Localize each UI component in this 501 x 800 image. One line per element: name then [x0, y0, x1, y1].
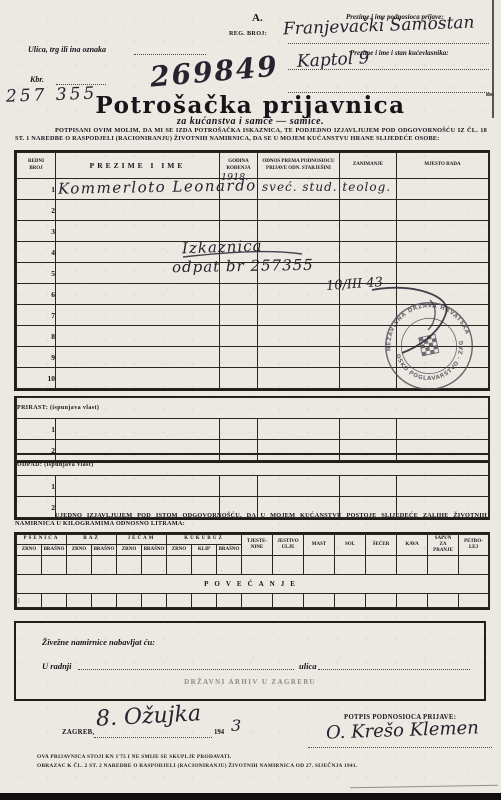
- reg-broj-label: REG. BROJ:: [229, 30, 267, 37]
- col-psenica: PŠENICA: [17, 535, 67, 545]
- scan-scratch-line: [350, 785, 498, 789]
- cell: [340, 221, 397, 242]
- row-number: 3: [17, 221, 56, 242]
- col-tjestenine: TJESTE- NINE: [242, 535, 273, 556]
- archive-stamp-text: DRŽAVNI ARHIV U ZAGREBU: [16, 678, 484, 686]
- member-occupation-handwritten: sveć. stud. teolog.: [262, 181, 391, 193]
- supplies-table: PŠENICA RAŽ JEČAM KUKURUZ TJESTE- NINE J…: [16, 534, 489, 608]
- col-mast: MAST: [304, 535, 335, 556]
- member-birth-year-handwritten: 1918.: [221, 173, 248, 183]
- sub-zrno: ZRNO: [67, 545, 92, 556]
- cell: [92, 594, 117, 608]
- col-raz: RAŽ: [67, 535, 117, 545]
- prirast-label: PRIRAST:: [17, 405, 48, 411]
- cell: [258, 200, 340, 221]
- row-number: 4: [17, 242, 56, 263]
- prirast-band: PRIRAST: (ispunjava vlast): [17, 398, 489, 419]
- col-odnos: ODNOS PREMA PODNOSIOCU PRIJAVE ODN. STAR…: [258, 153, 340, 179]
- prirast-table: PRIRAST: (ispunjava vlast) 1 2: [16, 397, 489, 461]
- cell: [220, 476, 258, 497]
- cell: [459, 594, 489, 608]
- cell: [242, 594, 273, 608]
- odpad-label: ODPAD:: [17, 462, 42, 468]
- cell: [258, 368, 340, 389]
- sub-klip: KLIP: [192, 545, 217, 556]
- cell: [42, 556, 67, 575]
- cell: [273, 556, 304, 575]
- supplies-intro-paragraph: UJEDNO IZJAVLJUJEM POD ISTOM ODGOVORNOŠĆ…: [15, 512, 487, 528]
- povecanje-band-row: POVEĆANJE: [17, 575, 489, 594]
- form-subtitle: za kućanstva i samce — samice.: [0, 116, 501, 127]
- cell: [192, 556, 217, 575]
- col-jecam: JEČAM: [117, 535, 167, 545]
- cell: [397, 594, 428, 608]
- cell: [340, 476, 397, 497]
- sub-brasno: BRAŠNO: [217, 545, 242, 556]
- sub-brasno: BRAŠNO: [142, 545, 167, 556]
- footnote-2: OBRAZAC K ČL. 2 ST. 2 NAREDBE O RASPODJE…: [37, 763, 477, 769]
- cell: [220, 200, 258, 221]
- official-round-stamp: NEZAVISNA DRŽAVA HRVATSKA GRADSKO POGLAV…: [374, 291, 483, 400]
- section-letter: A.: [252, 12, 263, 24]
- row-number: 6: [17, 284, 56, 305]
- scan-mark-right: [486, 93, 494, 96]
- cell: [242, 556, 273, 575]
- annotation-date: 10/III 43: [326, 276, 384, 293]
- prirast-note: (ispunjava vlast): [50, 405, 99, 411]
- cell: [117, 556, 142, 575]
- cell: [366, 594, 397, 608]
- row-number: 7: [17, 305, 56, 326]
- prirast-band-row: PRIRAST: (ispunjava vlast): [17, 398, 489, 419]
- row-number: 1: [17, 419, 56, 440]
- cell: [92, 556, 117, 575]
- cell: [258, 305, 340, 326]
- cell: [142, 594, 167, 608]
- cell: [117, 594, 142, 608]
- col-zanimanje: ZANIMANJE: [340, 153, 397, 179]
- col-jestivo-ulje: JESTIVO ULJE: [273, 535, 304, 556]
- cell: [56, 368, 220, 389]
- row-number: 1: [17, 476, 56, 497]
- col-petrolej: PETRO- LEJ: [459, 535, 489, 556]
- cell: [56, 200, 220, 221]
- street-label: Ulica, trg ili ina oznaka: [28, 45, 106, 54]
- col-kukuruz: KUKURUZ: [167, 535, 242, 545]
- sub-zrno: ZRNO: [117, 545, 142, 556]
- cell: [366, 556, 397, 575]
- year-handwritten: 3: [231, 718, 241, 734]
- odpad-band: ODPAD: (ispunjava vlast): [17, 455, 489, 476]
- cell: [397, 263, 489, 284]
- shop-line: [78, 659, 294, 670]
- cell: [397, 556, 428, 575]
- extra-dotted-line: [288, 72, 489, 93]
- member-row: 2: [17, 200, 489, 221]
- sub-brasno: BRAŠNO: [42, 545, 67, 556]
- cell: [167, 594, 192, 608]
- cell: [42, 594, 67, 608]
- odpad-table: ODPAD: (ispunjava vlast) 1 2: [16, 454, 489, 518]
- cell: [397, 179, 489, 200]
- col-redni-broj: REDNI BROJ: [17, 153, 56, 179]
- cell: [217, 556, 242, 575]
- ulica-line: [318, 659, 470, 670]
- annotation-iskaznica: Izkaznica: [182, 239, 263, 257]
- annotation-odpat: odpat br 257355: [172, 258, 314, 275]
- povecanje-band: POVEĆANJE: [17, 575, 489, 594]
- row-number: 1: [17, 179, 56, 200]
- odpad-section: ODPAD: (ispunjava vlast) 1 2: [14, 453, 490, 520]
- cell: [397, 242, 489, 263]
- cell: [56, 326, 220, 347]
- row-number: 5: [17, 263, 56, 284]
- coat-of-arms-shield-icon: [419, 334, 439, 355]
- cell: [340, 242, 397, 263]
- cell: [273, 594, 304, 608]
- card-number-handwritten: 269849: [149, 52, 280, 91]
- landlord-value: Kaptol 9: [297, 50, 370, 71]
- odpad-note: (ispunjava vlast): [44, 462, 93, 468]
- cell: [340, 419, 397, 440]
- row-number: 2: [17, 200, 56, 221]
- supplies-group-header-row: PŠENICA RAŽ JEČAM KUKURUZ TJESTE- NINE J…: [17, 535, 489, 545]
- cell: [192, 594, 217, 608]
- col-mjesto-rada: MJESTO RADA: [397, 153, 489, 179]
- scanned-form-page: A. REG. BROJ: Prezime i ime podnosioca p…: [0, 0, 501, 800]
- cell: [220, 419, 258, 440]
- cell: [335, 556, 366, 575]
- form-title: Potrošačka prijavnica: [0, 92, 501, 119]
- supplies-table-wrap: PŠENICA RAŽ JEČAM KUKURUZ TJESTE- NINE J…: [14, 532, 490, 610]
- cell: [258, 326, 340, 347]
- cell: [217, 594, 242, 608]
- cell: [167, 556, 192, 575]
- intro-paragraph: POTPISANI OVIM MOLIM, DA MI SE IZDA POTR…: [15, 127, 487, 143]
- cell: [220, 368, 258, 389]
- cell: [220, 284, 258, 305]
- street-line: [134, 44, 206, 55]
- city-label: ZAGREB,: [62, 729, 95, 736]
- col-secer: ŠEĆER: [366, 535, 397, 556]
- sub-zrno: ZRNO: [167, 545, 192, 556]
- cell: [258, 476, 340, 497]
- prirast-row: 1: [17, 419, 489, 440]
- cell: [258, 347, 340, 368]
- cell: [428, 556, 459, 575]
- row-number: 9: [17, 347, 56, 368]
- cell: [220, 347, 258, 368]
- cell: [335, 594, 366, 608]
- cell: [258, 419, 340, 440]
- date-handwritten: 8. Ožujka: [95, 703, 201, 730]
- col-kava: KAVA: [397, 535, 428, 556]
- cell: [397, 200, 489, 221]
- row-number: 8: [17, 326, 56, 347]
- cell: [428, 594, 459, 608]
- ulica-label: ulica: [299, 661, 316, 671]
- members-header-row: REDNI BROJ PREZIME I IME GODINA ROĐENJA …: [17, 153, 489, 179]
- kbr-label: Kbr.: [30, 75, 44, 84]
- cell: [56, 347, 220, 368]
- odpad-band-row: ODPAD: (ispunjava vlast): [17, 455, 489, 476]
- row-number: 10: [17, 368, 56, 389]
- odpad-row: 1: [17, 476, 489, 497]
- col-sapun: SAPUN ZA PRANJE: [428, 535, 459, 556]
- cell: [142, 556, 167, 575]
- cell: [17, 556, 42, 575]
- cell: [56, 305, 220, 326]
- purchase-line1: Živežne namirnice nabavljat ću:: [42, 637, 155, 647]
- purchase-box: Živežne namirnice nabavljat ću: U radnji…: [14, 621, 486, 701]
- scan-edge-bottom-bar: [0, 793, 501, 800]
- cell-with-stray-mark: 1: [17, 594, 42, 608]
- cell: [304, 594, 335, 608]
- cell: [397, 476, 489, 497]
- cell: [220, 305, 258, 326]
- supplies-data-row: 1: [17, 594, 489, 608]
- cell: [304, 556, 335, 575]
- col-sol: SOL: [335, 535, 366, 556]
- footnote-1: OVA PRIJAVNICA STOJI KN 1'75 I NE SMIJE …: [37, 754, 467, 760]
- cell: [67, 594, 92, 608]
- sub-brasno: BRAŠNO: [92, 545, 117, 556]
- cell: [340, 200, 397, 221]
- shop-label: U radnji: [42, 661, 72, 671]
- year-printed: 194: [214, 729, 224, 736]
- col-prezime-ime: PREZIME I IME: [56, 153, 220, 179]
- cell: [67, 556, 92, 575]
- cell: [56, 284, 220, 305]
- stamp-graphic: NEZAVISNA DRŽAVA HRVATSKA GRADSKO POGLAV…: [374, 291, 483, 400]
- cell: [56, 476, 220, 497]
- supplies-data-row: [17, 556, 489, 575]
- scan-edge-artifact-top-right: [492, 0, 494, 118]
- cell: [56, 419, 220, 440]
- cell: [220, 326, 258, 347]
- cell: [258, 221, 340, 242]
- cell: [397, 221, 489, 242]
- sub-zrno: ZRNO: [17, 545, 42, 556]
- cell: [459, 556, 489, 575]
- cell: [397, 419, 489, 440]
